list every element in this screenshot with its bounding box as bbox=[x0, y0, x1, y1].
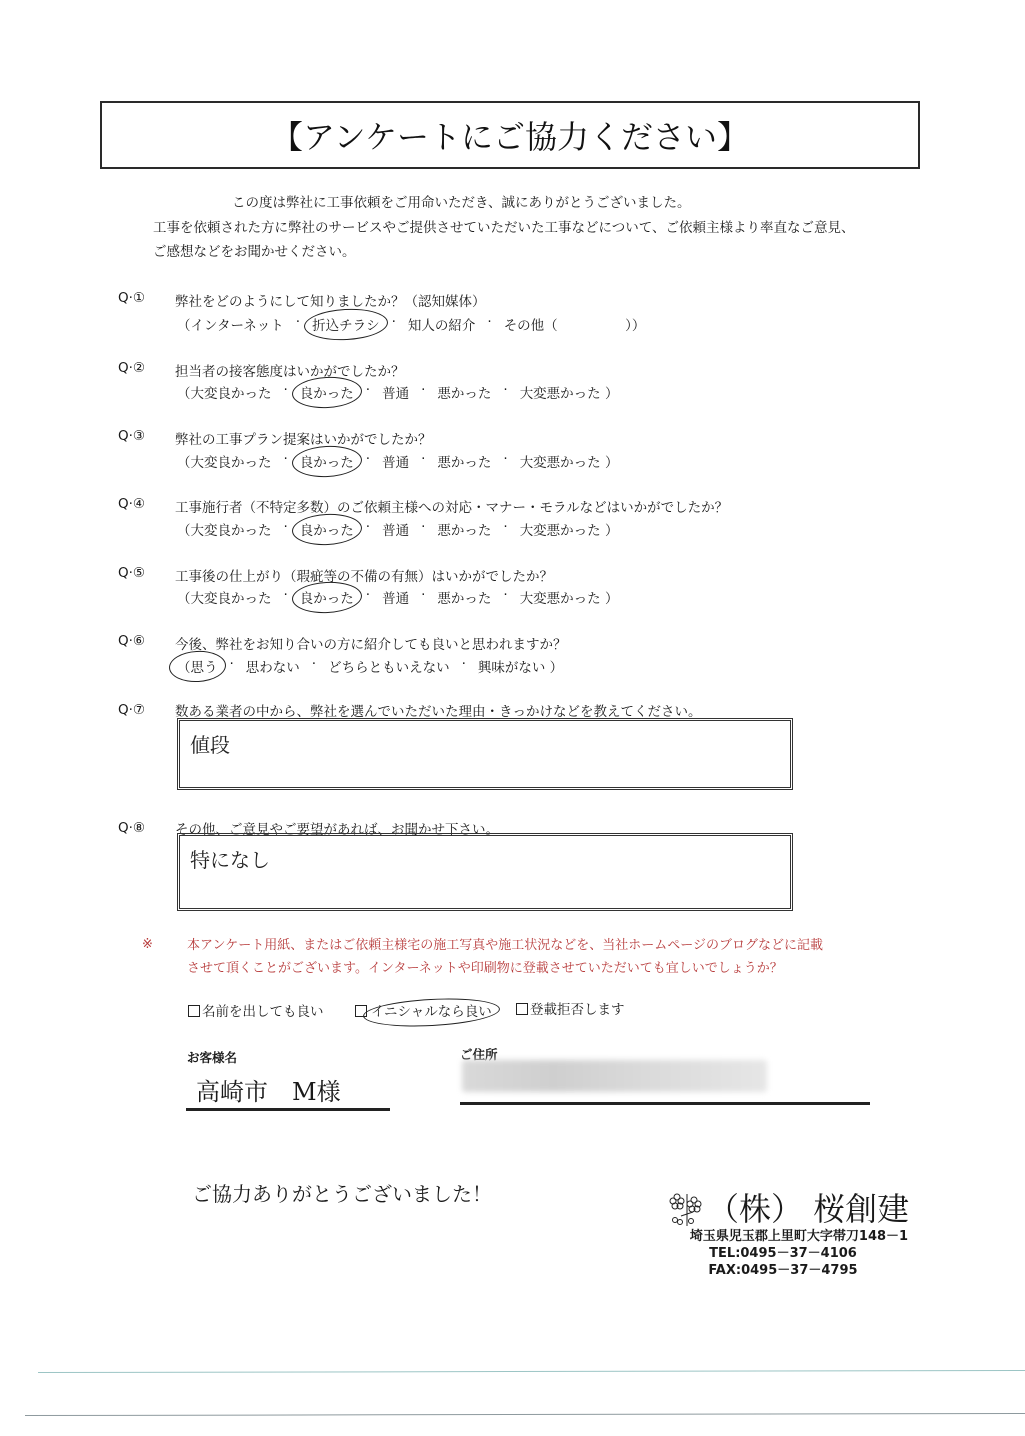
option[interactable]: （大変良かった bbox=[175, 382, 274, 402]
company-tel: TEL:0495－37－4106 bbox=[668, 1245, 898, 1262]
option[interactable]: 普通 bbox=[380, 587, 411, 607]
option[interactable]: 興味がない ） bbox=[476, 656, 565, 676]
scan-line-divider bbox=[25, 1413, 1025, 1416]
question-options-1: （インターネット· 折込チラシ· 知人の紹介· その他（ ）） bbox=[175, 314, 647, 334]
company-name: （株） 桜創建 bbox=[707, 1184, 909, 1230]
option[interactable]: （インターネット bbox=[175, 314, 286, 334]
answer-box-8[interactable]: 特になし bbox=[177, 833, 793, 911]
company-address: 埼玉県児玉郡上里町大字帯刀148－1 bbox=[668, 1228, 930, 1245]
page-title: 【アンケートにご協力ください】 bbox=[271, 112, 749, 158]
publish-option-initials[interactable]: イニシャルなら良い bbox=[355, 1000, 494, 1020]
option[interactable]: （大変良かった bbox=[175, 451, 274, 471]
notice-line-2: させて頂くことがございます。インターネットや印刷物に登載させていただいても宜しい… bbox=[187, 957, 783, 976]
option[interactable]: 大変悪かった ） bbox=[518, 451, 621, 471]
checkbox-icon[interactable] bbox=[516, 1003, 528, 1015]
sakura-logo-icon bbox=[667, 1188, 707, 1228]
question-text-5: 工事後の仕上がり（瑕疵等の不備の有無）はいかがでしたか？ bbox=[175, 565, 553, 585]
question-number-4: Q·④ bbox=[118, 496, 145, 512]
checkbox-icon[interactable] bbox=[188, 1005, 200, 1017]
option[interactable]: 悪かった bbox=[435, 451, 493, 471]
question-text-2: 担当者の接客態度はいかがでしたか？ bbox=[175, 360, 405, 380]
company-fax: FAX:0495－37－4795 bbox=[668, 1262, 898, 1279]
customer-name-label: お客様名 bbox=[187, 1048, 237, 1066]
question-text-7: 数ある業者の中から、弊社を選んでいただいた理由・きっかけなどを教えてください。 bbox=[175, 700, 702, 720]
option-selected[interactable]: （思う bbox=[175, 656, 220, 676]
option-selected[interactable]: 良かった bbox=[298, 451, 356, 471]
option[interactable]: 普通 bbox=[380, 451, 411, 471]
closing-message: ご協力ありがとうございました！ bbox=[192, 1178, 492, 1207]
question-options-2: （大変良かった· 良かった· 普通· 悪かった· 大変悪かった ） bbox=[175, 382, 620, 402]
option[interactable]: 悪かった bbox=[435, 587, 493, 607]
option[interactable]: 普通 bbox=[380, 519, 411, 539]
option-selected[interactable]: 良かった bbox=[298, 382, 356, 402]
option[interactable]: 普通 bbox=[380, 382, 411, 402]
option[interactable]: どちらともいえない bbox=[326, 656, 452, 676]
question-number-6: Q·⑥ bbox=[118, 633, 145, 649]
intro-line-3: ご感想などをお聞かせください。 bbox=[153, 241, 356, 264]
option[interactable]: 大変悪かった ） bbox=[518, 519, 621, 539]
option[interactable]: その他（ ）） bbox=[502, 314, 648, 334]
question-options-3: （大変良かった· 良かった· 普通· 悪かった· 大変悪かった ） bbox=[175, 451, 620, 471]
intro-line-2: 工事を依頼された方に弊社のサービスやご提供させていただいた工事などについて、ご依… bbox=[153, 217, 854, 240]
notice-mark: ※ bbox=[142, 937, 153, 952]
option-selected[interactable]: 良かった bbox=[298, 519, 356, 539]
question-text-3: 弊社の工事プラン提案はいかがでしたか？ bbox=[175, 428, 432, 448]
answer-text-7: 値段 bbox=[190, 729, 230, 758]
option[interactable]: （大変良かった bbox=[175, 587, 274, 607]
question-text-1: 弊社をどのようにして知りましたか？（認知媒体） bbox=[175, 290, 486, 310]
publish-option-refuse[interactable]: 登載拒否します bbox=[516, 998, 625, 1018]
address-field[interactable] bbox=[460, 1100, 870, 1105]
option-selected[interactable]: 折込チラシ bbox=[310, 314, 382, 334]
option[interactable]: 知人の紹介 bbox=[406, 314, 478, 334]
answer-box-7[interactable]: 値段 bbox=[177, 718, 793, 790]
answer-text-8: 特になし bbox=[190, 844, 270, 873]
option[interactable]: 悪かった bbox=[435, 519, 493, 539]
scan-line-divider bbox=[38, 1370, 1025, 1373]
customer-name-field[interactable]: 高崎市 M様 bbox=[186, 1070, 390, 1111]
question-options-4: （大変良かった· 良かった· 普通· 悪かった· 大変悪かった ） bbox=[175, 519, 620, 539]
question-text-4: 工事施行者（不特定多数）のご依頼主様への対応・マナー・モラルなどはいかがでしたか… bbox=[175, 496, 728, 516]
title-box: 【アンケートにご協力ください】 bbox=[100, 101, 920, 169]
question-text-6: 今後、弊社をお知り合いの方に紹介しても良いと思われますか？ bbox=[175, 633, 567, 653]
address-value-blurred bbox=[462, 1060, 767, 1092]
question-number-7: Q·⑦ bbox=[118, 702, 145, 718]
question-number-3: Q·③ bbox=[118, 428, 145, 444]
notice-line-1: 本アンケート用紙、またはご依頼主様宅の施工写真や施工状況などを、当社ホームページ… bbox=[187, 934, 823, 953]
option-selected[interactable]: 良かった bbox=[298, 587, 356, 607]
option[interactable]: 思わない bbox=[244, 656, 302, 676]
publish-option-name[interactable]: 名前を出しても良い bbox=[188, 1000, 324, 1020]
option[interactable]: 悪かった bbox=[435, 382, 493, 402]
question-number-2: Q·② bbox=[118, 360, 145, 376]
question-options-6: （思う· 思わない· どちらともいえない· 興味がない ） bbox=[175, 656, 565, 676]
option[interactable]: 大変悪かった ） bbox=[518, 587, 621, 607]
option[interactable]: （大変良かった bbox=[175, 519, 274, 539]
option[interactable]: 大変悪かった ） bbox=[518, 382, 621, 402]
question-number-8: Q·⑧ bbox=[118, 820, 145, 836]
question-number-5: Q·⑤ bbox=[118, 565, 145, 581]
intro-line-1: この度は弊社に工事依頼をご用命いただき、誠にありがとうございました。 bbox=[232, 192, 690, 215]
customer-name-value: 高崎市 M様 bbox=[196, 1072, 341, 1107]
question-options-5: （大変良かった· 良かった· 普通· 悪かった· 大変悪かった ） bbox=[175, 587, 620, 607]
question-number-1: Q·① bbox=[118, 290, 145, 306]
